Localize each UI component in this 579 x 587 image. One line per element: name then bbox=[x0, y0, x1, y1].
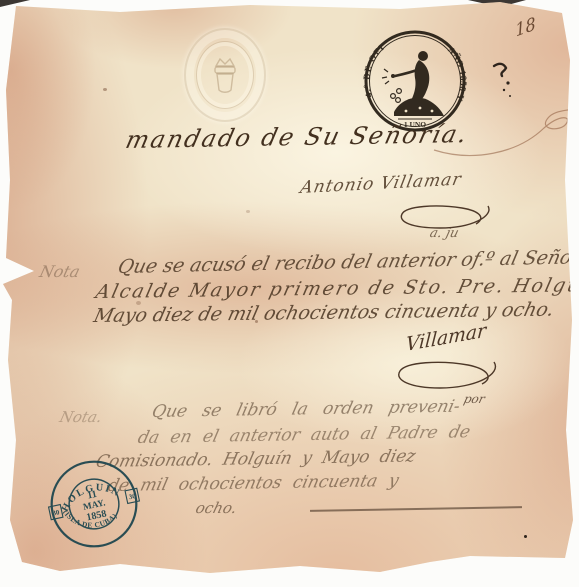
page-number: 18 bbox=[512, 15, 539, 41]
document-scan: 18 bbox=[0, 0, 579, 587]
note2-line-5-text: ocho. bbox=[194, 499, 239, 517]
note2-line-1-text: Que se libró la orden preveni- bbox=[150, 397, 462, 422]
foxing-speck bbox=[103, 88, 107, 91]
note2-line-3: Comisionado. Holguín y Mayo diez bbox=[96, 446, 415, 472]
note2-label-text: Nota. bbox=[58, 408, 104, 426]
foxing-speck bbox=[255, 320, 258, 323]
addressee-signature-text: Antonio Villamar bbox=[299, 169, 464, 198]
note1-line-1-text: Que se acusó el recibo del anterior of.º… bbox=[116, 246, 579, 278]
addressee-subscript-text: a. ju bbox=[428, 226, 460, 241]
clerk-signature: Villamar bbox=[404, 320, 488, 356]
clerk-signature-subscript-text: por bbox=[462, 392, 486, 406]
handwritten-line-closing: mandado de Su Señoría. bbox=[126, 120, 468, 154]
note2-label: Nota. bbox=[60, 408, 102, 426]
note1-line-1: Que se acusó el recibo del anterior of.º… bbox=[118, 246, 579, 278]
note2-line-5: ocho. bbox=[196, 499, 237, 517]
foxing-speck bbox=[246, 210, 250, 213]
note1-label-text: Nota bbox=[38, 262, 82, 281]
closing-rule-line bbox=[310, 506, 522, 512]
addressee-subscript: a. ju bbox=[430, 226, 458, 241]
date-stamp-left-number: 30 bbox=[52, 509, 61, 517]
note2-line-2-text: da en el anterior auto al Padre de bbox=[136, 422, 472, 448]
holguin-date-stamp: HOLGUIN (ISLA DE CUBA) 11 MAY. 1858 30 3… bbox=[39, 449, 148, 558]
note2-line-4-text: de mil ochocientos cincuenta y bbox=[106, 471, 401, 496]
note2-line-1: Que se libró la orden preveni- bbox=[152, 397, 460, 422]
foxing-speck bbox=[136, 301, 141, 305]
addressee-signature: Antonio Villamar bbox=[300, 170, 462, 198]
embossed-crown-icon bbox=[208, 54, 242, 96]
note1-label: Nota bbox=[40, 262, 80, 281]
embossed-seal bbox=[184, 28, 266, 122]
clerk-signature-rubric bbox=[388, 352, 504, 400]
page-number-text: 18 bbox=[514, 14, 536, 42]
note2-line-3-text: Comisionado. Holguín y Mayo diez bbox=[94, 446, 418, 472]
closing-text: mandado de Su Señoría. bbox=[123, 120, 471, 154]
note2-line-4: de mil ochocientos cincuenta y bbox=[108, 471, 399, 496]
manuscript-paper: 18 bbox=[0, 0, 579, 587]
note2-line-2: da en el anterior auto al Padre de bbox=[138, 422, 470, 448]
clerk-signature-subscript: por bbox=[464, 392, 485, 406]
scanner-background-sliver bbox=[0, 0, 30, 7]
svg-text:4.° DE OFICIO: 4.° DE OFICIO bbox=[362, 28, 386, 99]
office-stamp-left-arc-text: 4.° DE OFICIO bbox=[362, 28, 386, 99]
foxing-speck bbox=[524, 535, 527, 538]
clerk-signature-text: Villamar bbox=[405, 319, 487, 356]
